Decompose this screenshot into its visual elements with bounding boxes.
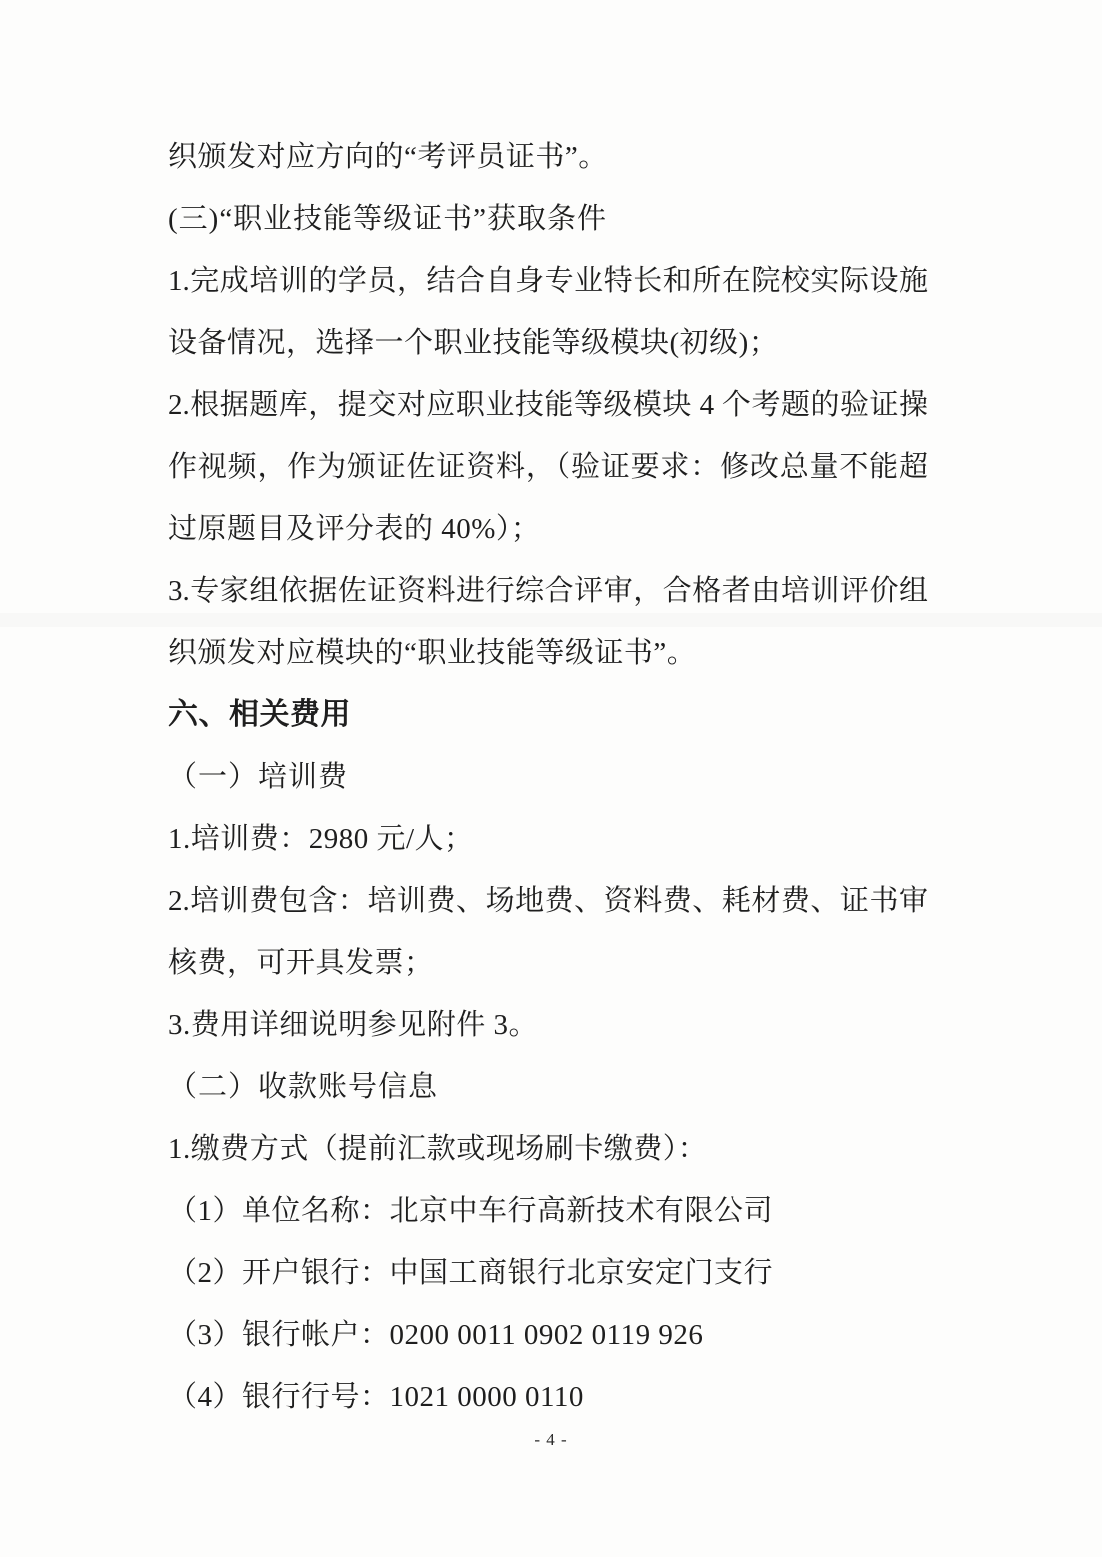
body-line: 作视频，作为颁证佐证资料，（验证要求：修改总量不能超	[168, 436, 928, 498]
subsection-heading-certificate-conditions: (三)“职业技能等级证书”获取条件	[168, 188, 928, 250]
account-detail-account-number: （3）银行帐户：0200 0011 0902 0119 926	[168, 1304, 928, 1366]
body-line: 3.费用详细说明参见附件 3。	[168, 994, 928, 1056]
body-line: 核费，可开具发票；	[168, 932, 928, 994]
document-page: 织颁发对应方向的“考评员证书”。 (三)“职业技能等级证书”获取条件 1.完成培…	[0, 0, 1102, 1557]
account-detail-bank-code: （4）银行行号：1021 0000 0110	[168, 1366, 928, 1428]
account-detail-bank-name: （2）开户银行：中国工商银行北京安定门支行	[168, 1242, 928, 1304]
body-line: 1.完成培训的学员，结合自身专业特长和所在院校实际设施	[168, 250, 928, 312]
account-detail-company-name: （1）单位名称：北京中车行高新技术有限公司	[168, 1180, 928, 1242]
body-line: 设备情况，选择一个职业技能等级模块(初级)；	[168, 312, 928, 374]
body-line: 3.专家组依据佐证资料进行综合评审，合格者由培训评价组	[168, 560, 928, 622]
page-number: - 4 -	[0, 1428, 1102, 1452]
body-line: 织颁发对应方向的“考评员证书”。	[168, 126, 928, 188]
body-line: 1.缴费方式（提前汇款或现场刷卡缴费）：	[168, 1118, 928, 1180]
subsection-heading-account-info: （二）收款账号信息	[168, 1056, 928, 1118]
body-line: 2.根据题库，提交对应职业技能等级模块 4 个考题的验证操	[168, 374, 928, 436]
body-line: 过原题目及评分表的 40%）；	[168, 498, 928, 560]
section-heading-fees: 六、相关费用	[168, 684, 928, 746]
subsection-heading-training-fee: （一）培训费	[168, 746, 928, 808]
body-line: 织颁发对应模块的“职业技能等级证书”。	[168, 622, 928, 684]
body-line: 2.培训费包含：培训费、场地费、资料费、耗材费、证书审	[168, 870, 928, 932]
body-line: 1.培训费：2980 元/人；	[168, 808, 928, 870]
